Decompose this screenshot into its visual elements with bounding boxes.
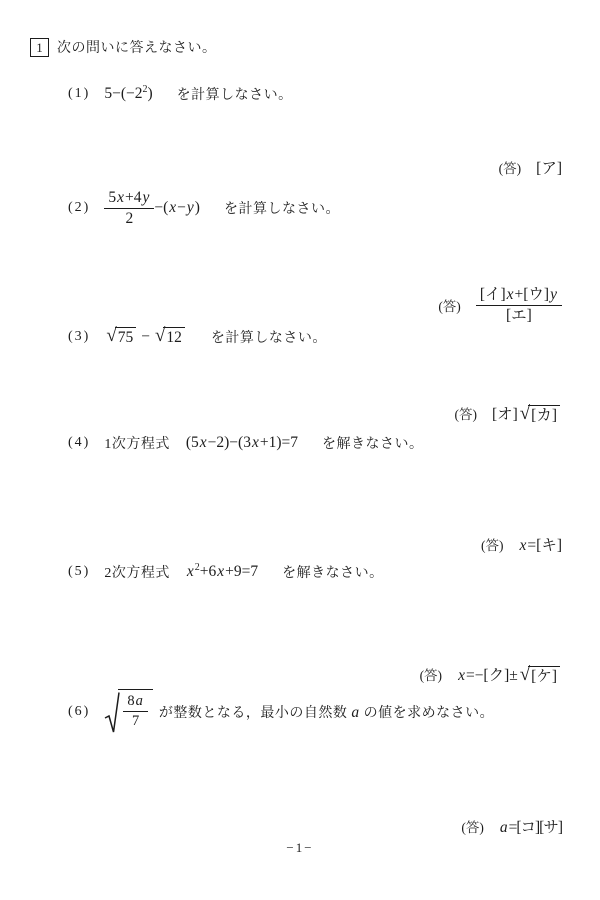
answer-6-value: a=[コ][サ] (499, 815, 562, 837)
variable-x: x (186, 563, 195, 580)
page-number: −1− (0, 840, 600, 856)
question-3: (3) √75−√12 を計算しなさい。 (68, 327, 327, 347)
formula-text: (5 (186, 434, 199, 451)
answer-2-label: (答) (438, 295, 461, 315)
question-6: (6) 8a7 が整数となる，最小の自然数aの値を求めなさい。 (68, 688, 494, 736)
answer-1-label: (答) (499, 157, 522, 177)
section-prompt: 次の問いに答えなさい。 (57, 37, 217, 57)
variable-x: x (251, 434, 260, 451)
answer-1-value: [ア] (536, 156, 562, 178)
question-6-radical: 8a7 (104, 689, 153, 735)
variable-x: x (168, 199, 177, 216)
formula-text: −( (154, 199, 168, 216)
fraction-denominator: 7 (123, 712, 148, 730)
fraction-denominator: [エ] (476, 306, 562, 325)
variable-a: a (499, 819, 509, 836)
answer-2-value: [イ]x+[ウ]y[エ] (476, 286, 562, 325)
formula-text: +4 (125, 189, 142, 206)
formula-text: +9=7 (225, 563, 258, 580)
formula-text: +1)=7 (260, 434, 298, 451)
variable-y: y (186, 199, 195, 216)
variable-x: x (457, 667, 466, 684)
section-number-box: 1 (30, 38, 49, 57)
answer-blank: =−[ク]± (466, 667, 518, 684)
question-2: (2) 5x+4y2−(x−y) を計算しなさい。 (68, 189, 340, 227)
formula-text: 5−(−2 (104, 85, 142, 102)
instruction-text: が整数となる，最小の自然数 (159, 706, 348, 721)
formula-text: − (141, 328, 150, 345)
question-6-instruction: が整数となる，最小の自然数aの値を求めなさい。 (159, 702, 494, 722)
question-3-formula: √75−√12 (104, 327, 187, 347)
question-4-formula: (5x−2)−(3x+1)=7 (186, 434, 298, 452)
fraction-numerator: 5x+4y (104, 189, 154, 209)
answer-blank: =[コ][サ] (509, 819, 562, 836)
question-4: (4) 1次方程式 (5x−2)−(3x+1)=7 を解きなさい。 (68, 433, 424, 453)
question-5-type: 2次方程式 (104, 562, 170, 582)
variable-y: y (141, 189, 150, 206)
question-2-instruction: を計算しなさい。 (224, 198, 340, 218)
answer-3-value: [オ]√[カ] (492, 402, 562, 425)
formula-text: 5 (108, 189, 116, 206)
fraction-denominator: 2 (104, 209, 154, 228)
radicand: [カ] (528, 405, 560, 425)
variable-x: x (506, 286, 515, 303)
question-5-instruction: を解きなさい。 (282, 562, 384, 582)
answer-2: (答) [イ]x+[ウ]y[エ] (438, 286, 562, 324)
formula-text: − (177, 199, 186, 216)
answer-blank: [オ] (492, 406, 518, 423)
radicand: [ケ] (528, 666, 560, 686)
answer-5: (答) x=−[ク]±√[ケ] (420, 663, 562, 686)
question-3-label: (3) (68, 329, 90, 345)
question-1: (1) 5−(−22) を計算しなさい。 (68, 84, 293, 104)
fraction: 8a7 (123, 693, 148, 729)
fraction: 5x+4y2 (104, 189, 154, 228)
answer-3: (答) [オ]√[カ] (454, 402, 562, 425)
variable-a: a (350, 704, 360, 721)
answer-blank: [イ] (480, 286, 506, 303)
question-5-formula: x2+6x+9=7 (186, 563, 258, 581)
answer-blank: =[キ] (527, 537, 562, 554)
answer-5-label: (答) (420, 664, 443, 684)
radicand: 8a7 (118, 689, 153, 729)
question-2-label: (2) (68, 200, 90, 216)
exam-page: 1 次の問いに答えなさい。 (1) 5−(−22) を計算しなさい。 (答) [… (0, 0, 600, 900)
question-2-formula: 5x+4y2−(x−y) (104, 189, 200, 228)
answer-6: (答) a=[コ][サ] (461, 815, 562, 837)
square-root: √12 (155, 327, 185, 347)
question-5: (5) 2次方程式 x2+6x+9=7 を解きなさい。 (68, 562, 384, 582)
variable-a: a (135, 693, 144, 709)
formula-text: ) (195, 199, 200, 216)
question-1-label: (1) (68, 86, 90, 102)
instruction-text: の値を求めなさい。 (364, 706, 495, 721)
answer-5-value: x=−[ク]±√[ケ] (457, 663, 562, 686)
question-3-instruction: を計算しなさい。 (211, 327, 327, 347)
question-6-label: (6) (68, 704, 90, 720)
answer-4-value: x=[キ] (519, 533, 562, 555)
answer-3-label: (答) (454, 403, 477, 423)
answer-1: (答) [ア] (499, 156, 562, 178)
section-header: 1 次の問いに答えなさい。 (30, 37, 217, 57)
question-4-type: 1次方程式 (104, 433, 170, 453)
question-1-formula: 5−(−22) (104, 85, 152, 103)
radicand: 12 (163, 327, 185, 347)
variable-x: x (116, 189, 125, 206)
formula-text: ) (147, 85, 152, 102)
answer-6-label: (答) (461, 816, 484, 836)
square-root: √75 (106, 327, 136, 347)
square-root: √[ケ] (520, 666, 560, 686)
formula-text: −2)−(3 (208, 434, 251, 451)
question-1-instruction: を計算しなさい。 (177, 84, 293, 104)
variable-x: x (199, 434, 208, 451)
formula-text: +6 (200, 563, 217, 580)
fraction-numerator: 8a (123, 693, 148, 712)
answer-4: (答) x=[キ] (481, 533, 562, 555)
radicand: 75 (115, 327, 137, 347)
variable-x: x (216, 563, 225, 580)
answer-blank: +[ウ] (515, 286, 550, 303)
fraction-numerator: [イ]x+[ウ]y (476, 286, 562, 306)
question-4-instruction: を解きなさい。 (322, 433, 424, 453)
fraction: [イ]x+[ウ]y[エ] (476, 286, 562, 325)
question-4-label: (4) (68, 435, 90, 451)
square-root: √[カ] (520, 405, 560, 425)
formula-text: 8 (127, 693, 134, 709)
variable-y: y (549, 286, 558, 303)
question-5-label: (5) (68, 564, 90, 580)
answer-4-label: (答) (481, 534, 504, 554)
